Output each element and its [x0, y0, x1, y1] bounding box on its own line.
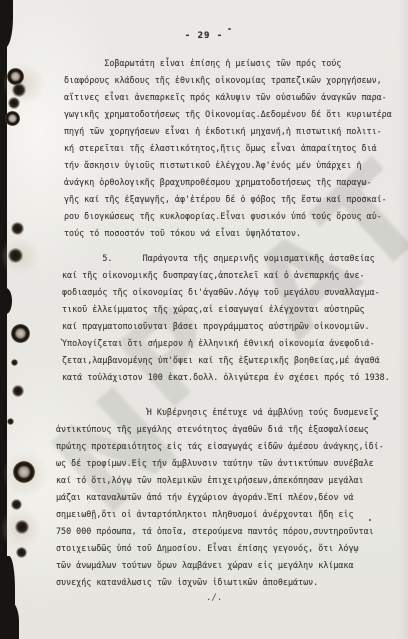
- scan-speck: [228, 28, 231, 30]
- binder-hole: [8, 97, 20, 109]
- binder-hole: [13, 461, 35, 483]
- scan-speck: [373, 417, 376, 420]
- scan-edge-bump: [0, 288, 12, 314]
- binder-hole: [11, 499, 22, 510]
- binder-hole: [7, 418, 14, 425]
- binder-hole: [12, 385, 24, 397]
- binder-hole: [12, 83, 26, 97]
- continuation-mark: ./.: [206, 593, 222, 603]
- page-number: - 29 -: [0, 31, 408, 41]
- paragraph-3: Ἡ Κυβέρνησις ἐπέτυχε νά ἀμβλύνῃ τούς δυσ…: [56, 404, 384, 591]
- scan-edge-corner-bottom2: [0, 600, 19, 639]
- binder-hole: [8, 248, 23, 263]
- scanned-document-page: N P A T - 29 - Σοβαρωτάτη εἶναι ἐπίσης ἡ…: [0, 0, 408, 639]
- binder-hole: [11, 324, 30, 343]
- binder-hole: [11, 222, 24, 235]
- binder-hole: [15, 520, 29, 534]
- paragraph-1: Σοβαρωτάτη εἶναι ἐπίσης ἡ μείωσις τῶν πρ…: [64, 55, 392, 242]
- binder-hole: [7, 68, 24, 85]
- scan-speck: [369, 519, 371, 521]
- paragraph-2: 5. Παράγοντα τῆς σημερινῆς νομισματικῆς …: [62, 250, 390, 386]
- binder-hole: [16, 547, 27, 558]
- binder-hole: [11, 359, 18, 366]
- binder-hole: [5, 111, 20, 126]
